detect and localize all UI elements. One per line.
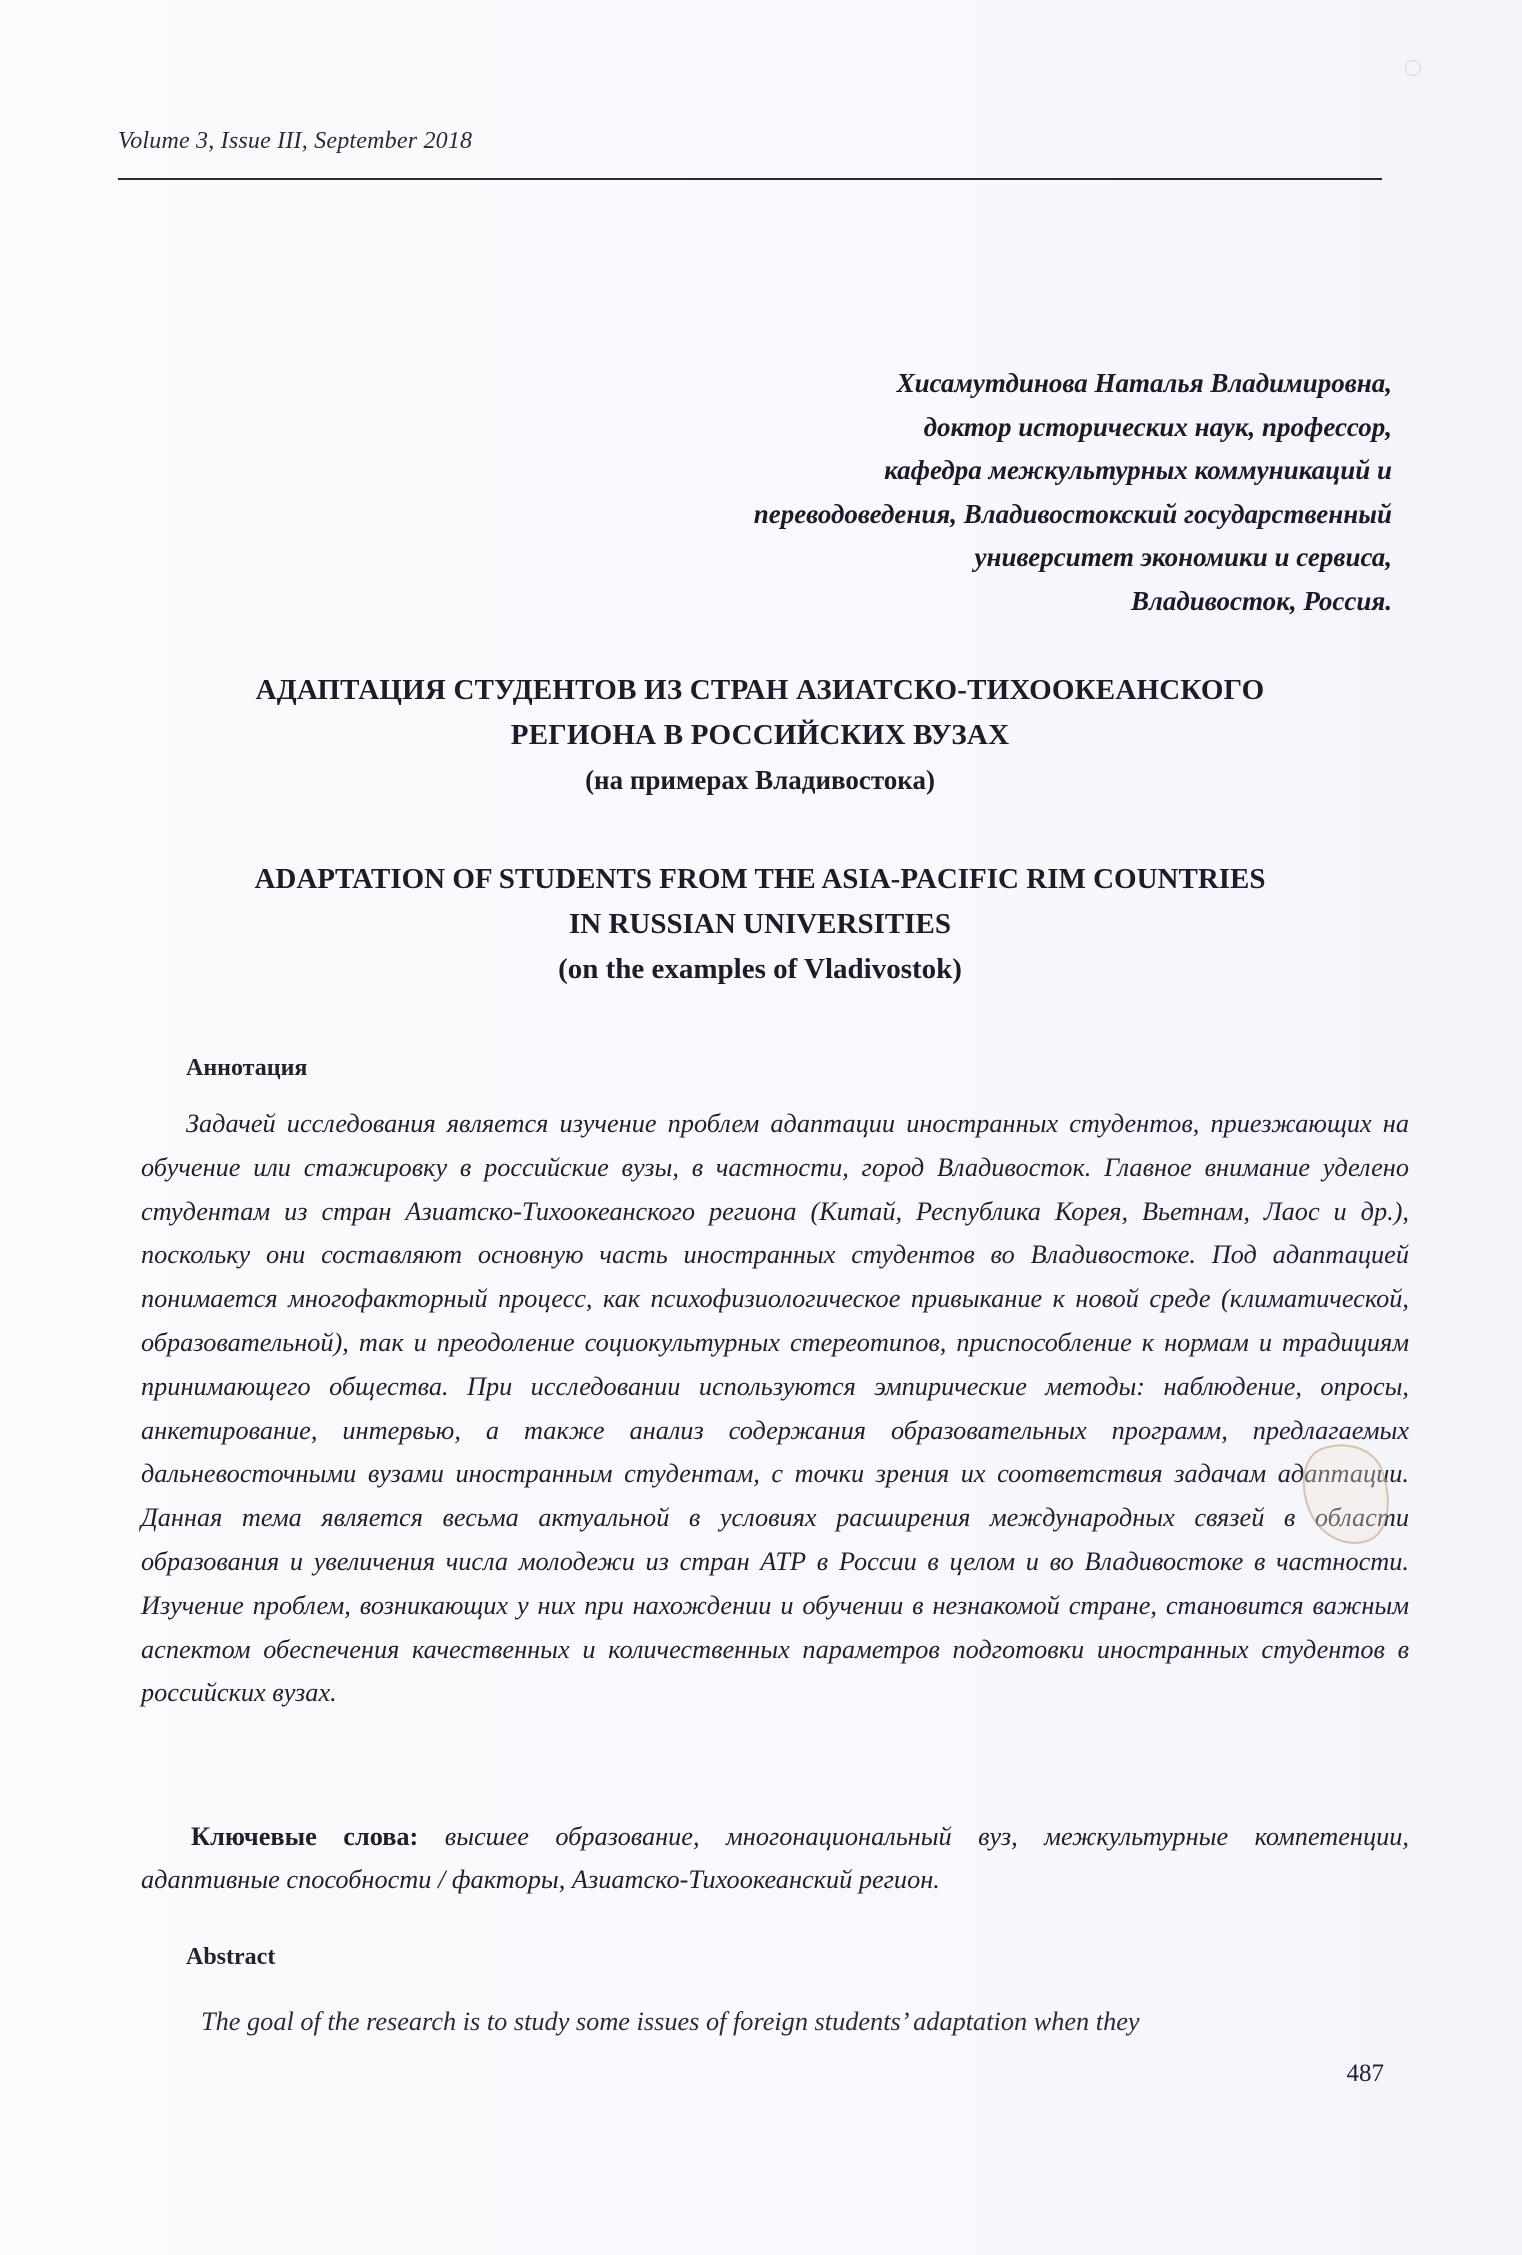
title-russian: АДАПТАЦИЯ СТУДЕНТОВ ИЗ СТРАН АЗИАТСКО-ТИ… (130, 668, 1390, 803)
author-degree: доктор исторических наук, профессор, (492, 406, 1392, 450)
author-city: Владивосток, Россия. (492, 580, 1392, 624)
title-en-subtitle: (on the examples of Vladivostok) (130, 947, 1390, 992)
annotation-text: Задачей исследования является изучение п… (141, 1102, 1409, 1715)
scan-dust-mark (1405, 60, 1421, 76)
keywords: Ключевые слова: высшее образование, мног… (141, 1815, 1409, 1901)
title-english: ADAPTATION OF STUDENTS FROM THE ASIA-PAC… (130, 857, 1390, 992)
abstract-text: The goal of the research is to study som… (141, 2000, 1409, 2043)
title-en-line-1: ADAPTATION OF STUDENTS FROM THE ASIA-PAC… (130, 857, 1390, 902)
annotation-heading: Аннотация (186, 1055, 307, 1082)
author-university: университет экономики и сервиса, (492, 536, 1392, 580)
journal-page: Volume 3, Issue III, September 2018 Хиса… (0, 0, 1522, 2255)
author-affiliation: Хисамутдинова Наталья Владимировна, докт… (492, 362, 1392, 623)
abstract-heading: Abstract (186, 1944, 275, 1971)
title-ru-subtitle: (на примерах Владивостока) (130, 758, 1390, 803)
title-ru-line-2: РЕГИОНА В РОССИЙСКИХ ВУЗАХ (130, 713, 1390, 758)
header-rule (118, 178, 1382, 180)
title-ru-line-1: АДАПТАЦИЯ СТУДЕНТОВ ИЗ СТРАН АЗИАТСКО-ТИ… (130, 668, 1390, 713)
author-name: Хисамутдинова Наталья Владимировна, (492, 362, 1392, 406)
author-department: кафедра межкультурных коммуникаций и (492, 449, 1392, 493)
title-en-line-2: IN RUSSIAN UNIVERSITIES (130, 902, 1390, 947)
running-head: Volume 3, Issue III, September 2018 (118, 128, 472, 155)
page-number: 487 (1347, 2060, 1385, 2088)
keywords-label: Ключевые слова: (191, 1822, 418, 1851)
author-department-cont: переводоведения, Владивостокский государ… (492, 493, 1392, 537)
